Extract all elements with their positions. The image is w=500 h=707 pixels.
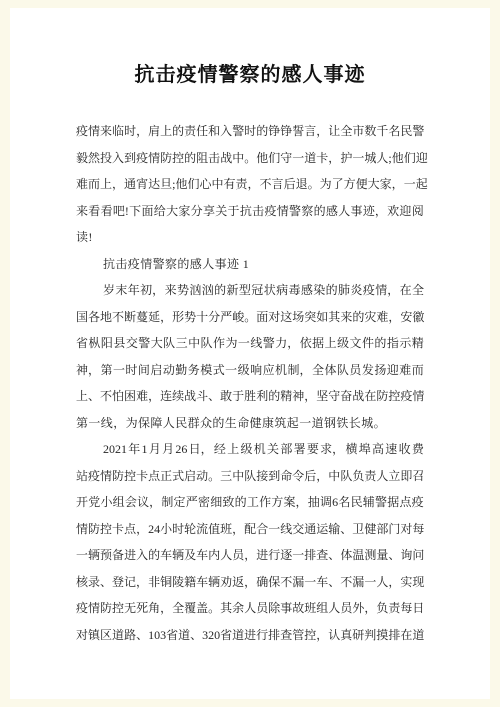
text-line: 开党小组会议，制定严密细致的工作方案，抽调6名民辅警据点疫 <box>76 489 424 516</box>
text-line: 站疫情防控卡点正式启动。三中队接到命令后，中队负责人立即召 <box>76 463 424 490</box>
text-line: 上、不怕困难，连续战斗、敢于胜利的精神，坚守奋战在防控疫情 <box>76 383 424 410</box>
text-line: 对镇区道路、103省道、320省道进行排查管控，认真研判摸排在道 <box>76 622 424 649</box>
text-line: 读! <box>76 224 424 251</box>
text-line: 核录、登记，非铜陵籍车辆劝返，确保不漏一车、不漏一人，实现 <box>76 569 424 596</box>
text-line: 一辆预备进入的车辆及车内人员，进行逐一排查、体温测量、询问 <box>76 542 424 569</box>
text-line: 国各地不断蔓延，形势十分严峻。面对这场突如其来的灾难，安徽 <box>76 304 424 331</box>
document-title: 抗击疫情警察的感人事迹 <box>10 58 490 87</box>
text-line: 2021年1月月26日，经上级机关部署要求，横埠高速收费 <box>76 436 424 463</box>
text-line: 抗击疫情警察的感人事迹 1 <box>76 251 424 278</box>
document-body: 疫情来临时，肩上的责任和入警时的铮铮誓言，让全市数千名民警毅然投入到疫情防控的阻… <box>76 118 424 648</box>
text-line: 情防控卡点，24小时轮流值班，配合一线交通运输、卫健部门对每 <box>76 516 424 543</box>
document-page: 抗击疫情警察的感人事迹 疫情来临时，肩上的责任和入警时的铮铮誓言，让全市数千名民… <box>10 8 490 699</box>
text-line: 疫情防控无死角，全覆盖。其余人员除事故班组人员外，负责每日 <box>76 595 424 622</box>
text-line: 来看看吧!下面给大家分享关于抗击疫情警察的感人事迹，欢迎阅 <box>76 198 424 225</box>
text-line: 第一线，为保障人民群众的生命健康筑起一道钢铁长城。 <box>76 410 424 437</box>
text-line: 省枞阳县交警大队三中队作为一线警力，依据上级文件的指示精 <box>76 330 424 357</box>
text-line: 难而上，通宵达旦;他们心中有责，不言后退。为了方便大家，一起 <box>76 171 424 198</box>
text-line: 疫情来临时，肩上的责任和入警时的铮铮誓言，让全市数千名民警 <box>76 118 424 145</box>
text-line: 神，第一时间启动勤务模式一级响应机制，全体队员发扬迎难而 <box>76 357 424 384</box>
text-line: 岁末年初，来势汹汹的新型冠状病毒感染的肺炎疫情，在全 <box>76 277 424 304</box>
text-line: 毅然投入到疫情防控的阻击战中。他们守一道卡，护一城人;他们迎 <box>76 145 424 172</box>
